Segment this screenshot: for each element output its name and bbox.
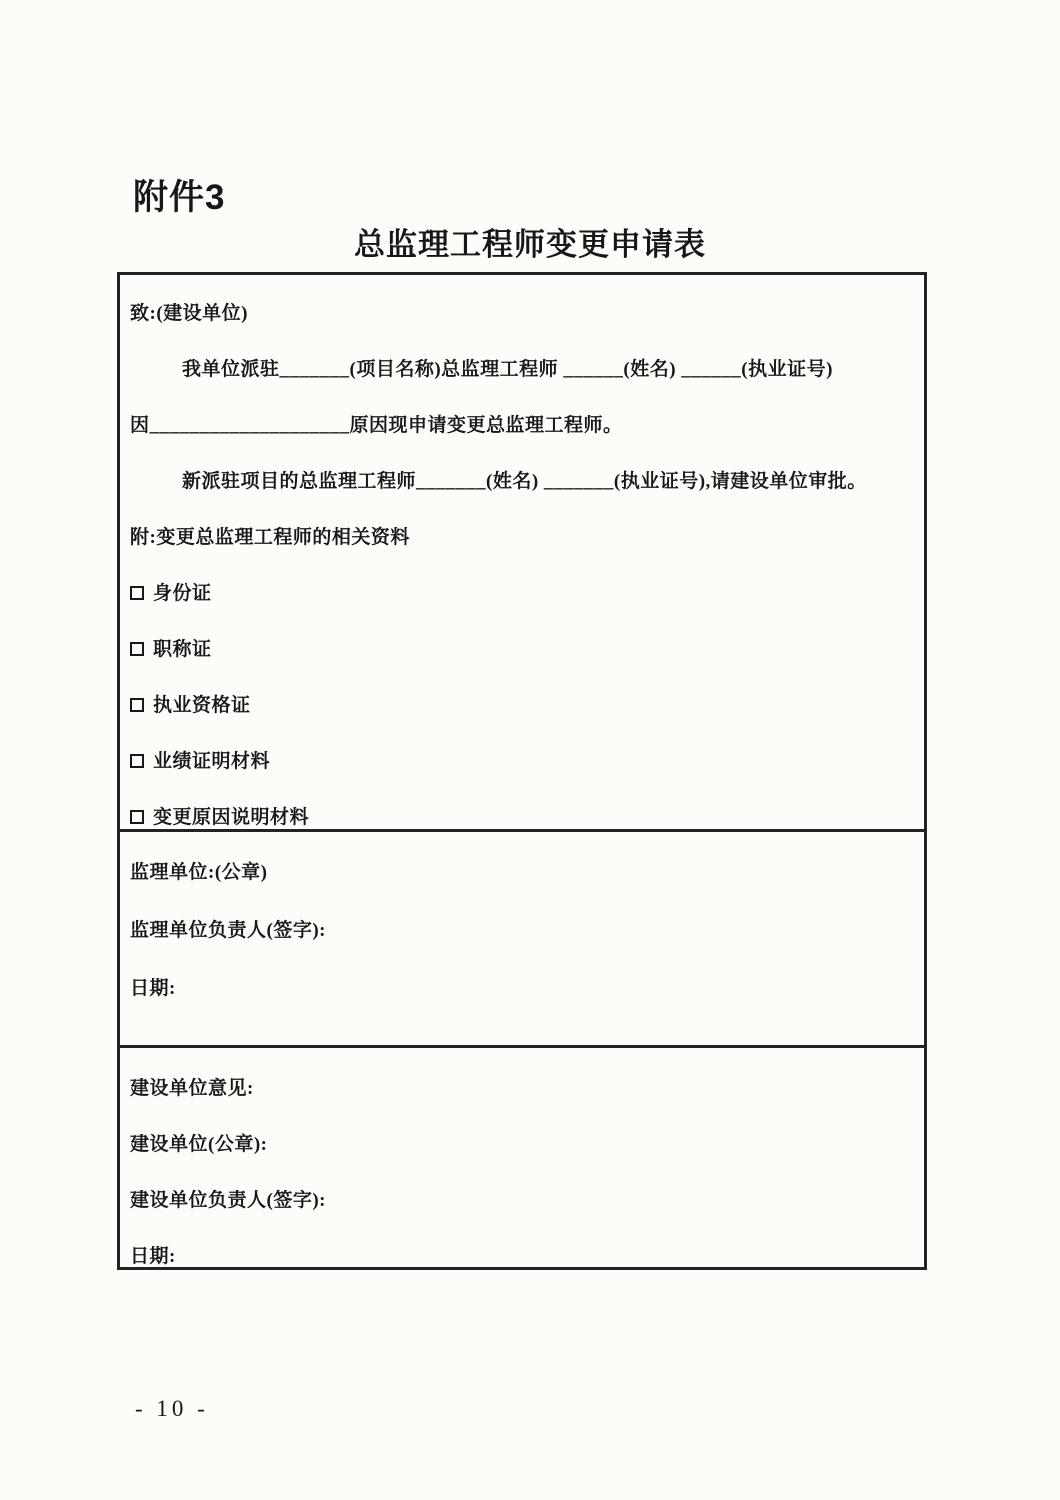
dispatch-line: 我单位派驻_______(项目名称)总监理工程师 ______(姓名) ____… (130, 359, 914, 381)
checkbox-label: 身份证 (153, 583, 212, 604)
checkbox-icon (130, 586, 144, 600)
section-construction-unit: 建设单位意见: 建设单位(公章): 建设单位负责人(签字): 日期: (120, 1045, 924, 1267)
checkbox-item-performance-proof: 业绩证明材料 (130, 751, 914, 773)
checkbox-icon (130, 810, 144, 824)
construction-unit-date-line: 日期: (130, 1246, 914, 1267)
checkbox-item-practice-certificate: 执业资格证 (130, 695, 914, 717)
checkbox-icon (130, 642, 144, 656)
section-supervision-unit: 监理单位:(公章) 监理单位负责人(签字): 日期: (120, 829, 924, 1045)
attachments-header: 附:变更总监理工程师的相关资料 (130, 527, 914, 549)
addressee-line: 致:(建设单位) (130, 303, 914, 325)
checkbox-label: 职称证 (153, 639, 212, 660)
construction-unit-seal-line: 建设单位(公章): (130, 1134, 914, 1156)
checkbox-item-title-certificate: 职称证 (130, 639, 914, 661)
document-page: 附件3 总监理工程师变更申请表 致:(建设单位) 我单位派驻_______(项目… (0, 0, 1060, 1500)
change-reason-line: 因____________________原因现申请变更总监理工程师。 (130, 415, 914, 437)
supervision-unit-seal-line: 监理单位:(公章) (130, 862, 914, 884)
checkbox-item-change-reason-material: 变更原因说明材料 (130, 807, 914, 829)
checkbox-label: 业绩证明材料 (153, 751, 270, 772)
supervision-unit-signature-line: 监理单位负责人(签字): (130, 920, 914, 942)
new-engineer-line: 新派驻项目的总监理工程师_______(姓名) _______(执业证号),请建… (130, 471, 914, 493)
supervision-unit-date-line: 日期: (130, 978, 914, 1000)
checkbox-label: 变更原因说明材料 (153, 807, 309, 828)
checkbox-icon (130, 754, 144, 768)
checkbox-item-id-card: 身份证 (130, 583, 914, 605)
section-application: 致:(建设单位) 我单位派驻_______(项目名称)总监理工程师 ______… (120, 275, 924, 829)
checkbox-icon (130, 698, 144, 712)
construction-unit-signature-line: 建设单位负责人(签字): (130, 1190, 914, 1212)
construction-unit-opinion-line: 建设单位意见: (130, 1078, 914, 1100)
application-form-table: 致:(建设单位) 我单位派驻_______(项目名称)总监理工程师 ______… (117, 272, 927, 1270)
checkbox-label: 执业资格证 (153, 695, 251, 716)
attachment-label: 附件3 (133, 170, 225, 220)
form-title: 总监理工程师变更申请表 (0, 219, 1060, 264)
page-number: - 10 - (135, 1396, 209, 1422)
